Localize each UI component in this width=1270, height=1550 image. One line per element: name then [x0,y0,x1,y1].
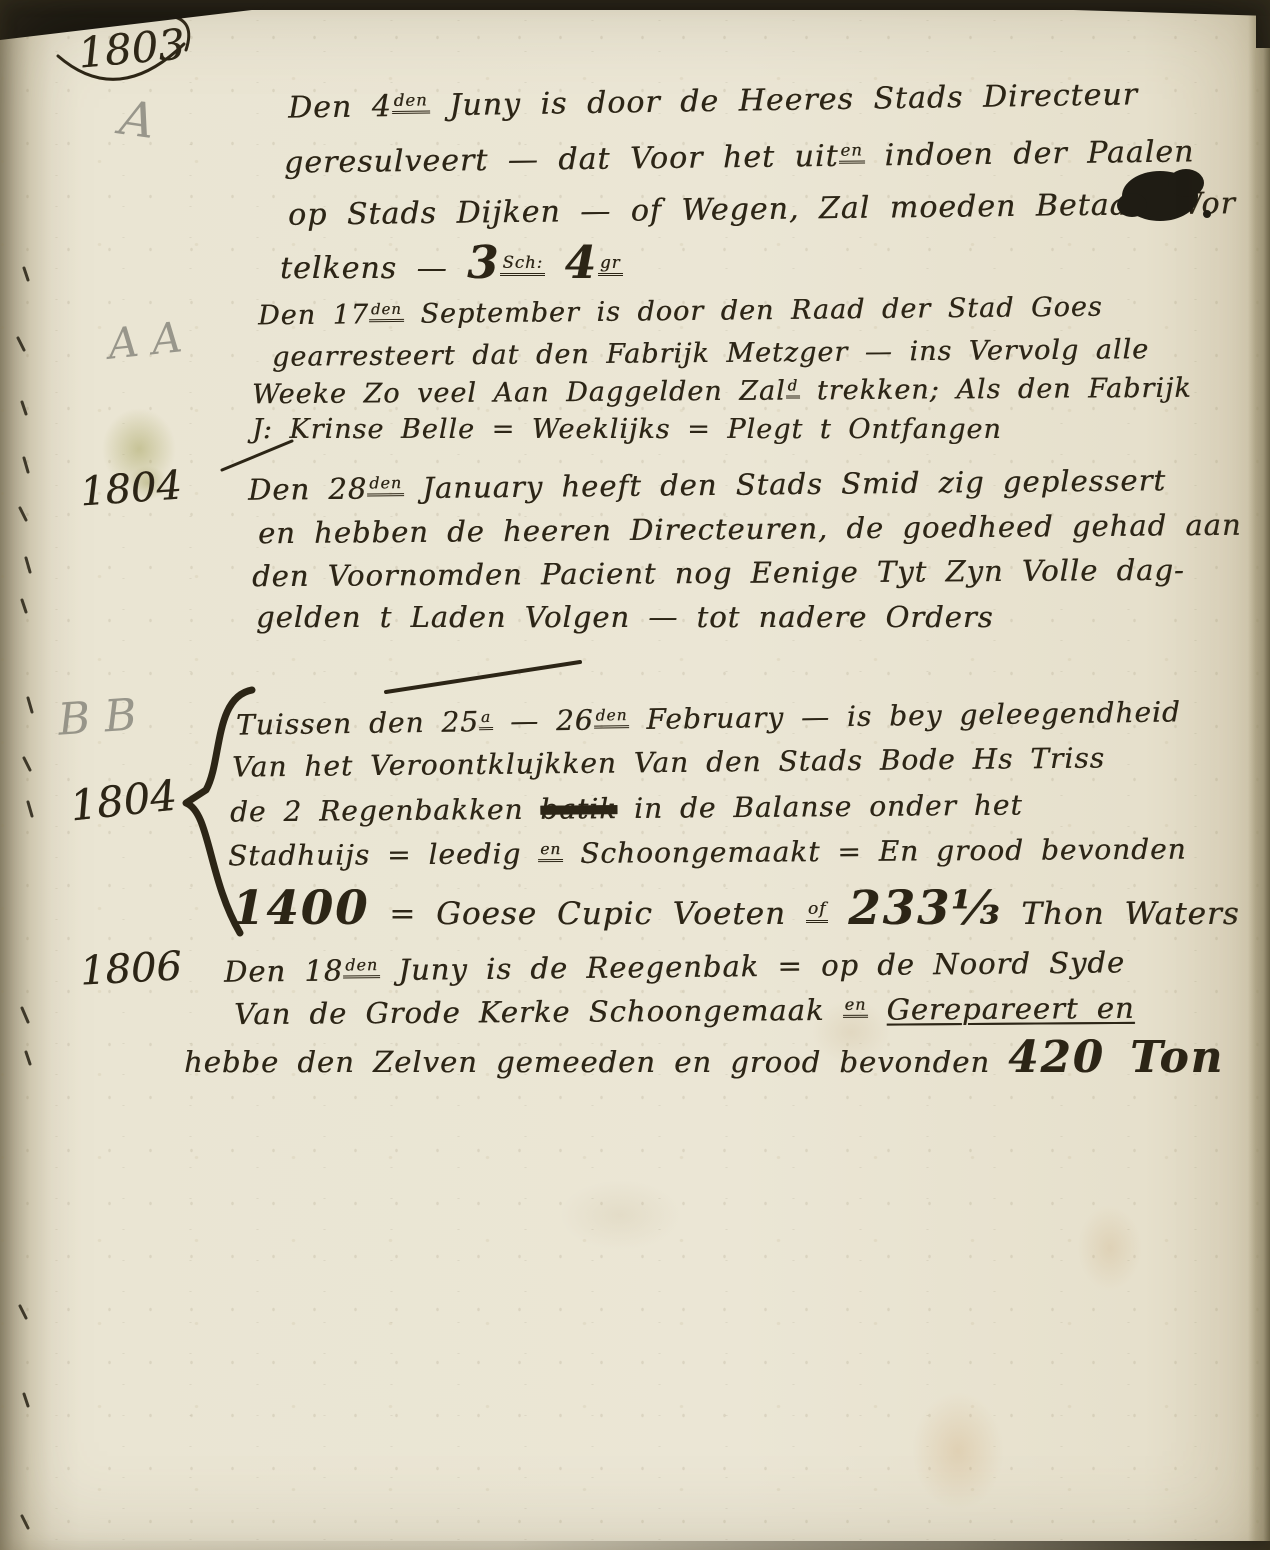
line-fragment: 4 [565,236,598,289]
margin-year-1804-first: 1804 [79,463,184,516]
entry3-line4: gelden t Laden Volgen — tot nadere Order… [256,600,994,634]
scan-top-right-corner [1256,0,1270,48]
line-fragment: en [843,995,869,1018]
entry1-line2: geresulveert — dat Voor het uiten indoen… [284,134,1195,180]
entry2-line2: gearresteert dat den Fabrijk Metzger — i… [272,334,1149,373]
line-fragment: den [392,91,430,115]
foxing-stain [912,1392,1004,1510]
entry4-line3: de 2 Regenbakken batik in de Balanse ond… [230,789,1023,829]
entry3-line2: en hebben de heeren Directeuren, de goed… [258,508,1242,551]
entry5-line2: Van de Grode Kerke Schoongemaak en Gerep… [234,991,1135,1031]
line-fragment: Gerepareert en [886,991,1134,1027]
scan-top-edge [0,0,1270,10]
line-fragment: hebbe den Zelven gemeeden en grood bevon… [184,1045,1008,1079]
margin-year-1803: 1803 [76,19,187,77]
line-fragment: den [369,300,404,322]
entry5-line3: hebbe den Zelven gemeeden en grood bevon… [184,1032,1224,1083]
entry2-line3: Weeke Zo veel Aan Daggelden Zald trekken… [252,373,1192,411]
line-fragment [828,896,848,932]
margin-pencil-aa: A A [106,312,185,368]
line-fragment [545,251,565,286]
entry4-line5: 1400 = Goese Cupic Voeten of 233⅓ Thon W… [232,880,1240,935]
line-fragment: den [367,474,404,497]
entry4-line1: Tuissen den 25a — 26den February — is be… [236,695,1181,741]
line-fragment: telkens — [280,251,467,286]
line-fragment: trekken; Als den Fabrijk [800,373,1192,407]
entry4-line2: Van het Veroontklujkken Van den Stads Bo… [232,741,1105,783]
line-fragment: — 26 [493,704,594,738]
foxing-stain [1078,1205,1142,1291]
line-fragment: of [806,899,829,923]
entry3-line3: den Voornomden Pacient nog Eenige Tyt Zy… [252,553,1185,594]
line-fragment: 3 [467,236,500,289]
line-fragment: en [838,141,865,164]
line-fragment: den [343,956,380,979]
scan-bottom-edge [0,1541,1270,1550]
line-fragment: indoen der Paalen [865,134,1195,173]
line-fragment: 233⅓ [848,880,1001,935]
book-page-edge-right [1248,0,1270,1550]
line-fragment: January heeft den Stads Smid zig gepless… [404,463,1166,505]
line-fragment: 1400 [232,880,369,935]
line-fragment: Schoongemaakt = En grood bevonden [563,833,1187,870]
manuscript-page: 1803 A A A 1804 B B 1804 1806 Den 4den J… [0,0,1270,1550]
entry1-line4: telkens — 3Sch: 4gr [280,236,623,289]
line-fragment: 420 Ton [1008,1032,1224,1083]
line-fragment: gr [598,253,622,276]
line-fragment: Den 18 [224,953,344,988]
line-fragment: Tuissen den 25 [236,705,479,741]
entry3-line1: Den 28den January heeft den Stads Smid z… [248,463,1166,507]
binding-stitches [18,268,32,1528]
entry2-line4: J: Krinse Belle = Weeklijks = Plegt t On… [252,414,1002,445]
line-fragment: September is door den Raad der Stad Goes [404,292,1103,330]
line-fragment: den [593,706,629,728]
line-fragment: d [786,377,801,399]
line-fragment: Den 4 [288,89,392,126]
line-fragment: Juny is de Reegenbak = op de Noord Syde [380,945,1125,987]
line-fragment: in de Balanse onder het [617,789,1023,826]
line-fragment: Den 28 [248,472,368,507]
entry2-line1: Den 17den September is door den Raad der… [258,292,1103,332]
line-fragment: en [538,840,563,862]
margin-pencil-bb: B B [56,689,138,745]
foxing-stain [560,1180,680,1250]
line-fragment [868,993,886,1027]
line-fragment: Sch: [500,253,545,276]
margin-pencil-a: A [116,90,158,150]
margin-year-1804-second: 1804 [68,771,179,831]
entry4-line4: Stadhuijs = leedig en Schoongemaakt = En… [228,833,1187,873]
line-fragment: Van de Grode Kerke Schoongemaak [234,993,843,1031]
line-fragment: Den 17 [258,299,369,331]
line-fragment: batik [540,792,617,826]
entry1-line1: Den 4den Juny is door de Heeres Stads Di… [288,77,1138,125]
margin-year-1806: 1806 [79,943,183,994]
line-fragment: geresulveert — dat Voor het uit [284,139,839,181]
line-fragment: Stadhuijs = leedig [228,837,538,872]
line-fragment: February — is bey geleegendheid [629,695,1181,736]
entry5-line1: Den 18den Juny is de Reegenbak = op de N… [224,945,1125,988]
line-fragment: Juny is door de Heeres Stads Directeur [429,77,1138,123]
line-fragment: Weeke Zo veel Aan Daggelden Zal [252,376,786,411]
entry1-line3: op Stads Dijken — of Wegen, Zal moeden B… [288,186,1236,233]
line-fragment: Thon Waters [1001,896,1239,932]
line-fragment: de 2 Regenbakken [230,793,541,829]
line-fragment: a [479,708,493,730]
line-fragment: = Goese Cupic Voeten [369,896,805,932]
